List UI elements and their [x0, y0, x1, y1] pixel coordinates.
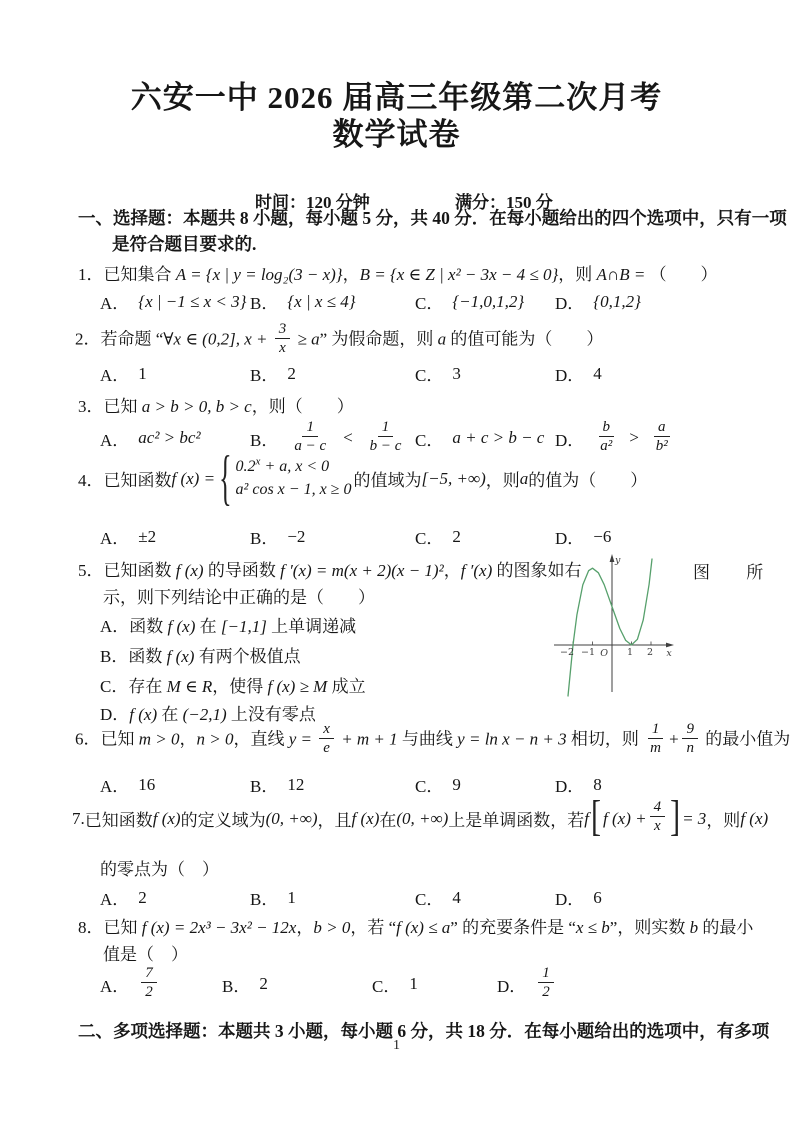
piecewise-function: {0.2x + a, x < 0a² cos x − 1, x ≥ 0: [217, 458, 351, 499]
q2-option-a: A．1: [100, 361, 250, 386]
tick-label-1: 1: [627, 647, 633, 658]
x-axis-arrow: [666, 643, 674, 648]
q7-option-d: D．6: [555, 885, 773, 910]
f-prime-curve: [568, 559, 652, 696]
question-2-options: A．1 B．2 C．3 D．4: [100, 361, 773, 386]
q4-option-a: A．±2: [100, 524, 250, 549]
question-7-options: A．2 B．1 C．4 D．6: [100, 885, 773, 910]
q7-option-c: C．4: [415, 885, 555, 910]
question-4-options: A．±2 B．−2 C．2 D．−6: [100, 524, 773, 549]
q7-number: 7.: [72, 809, 85, 829]
q6-option-a: A．16: [100, 772, 250, 797]
fraction: 1m: [646, 720, 665, 757]
q1-option-a: A．{x | −1 ≤ x < 3}: [100, 289, 250, 314]
q3-option-d: D．ba²>ab²: [555, 420, 773, 457]
question-3-options: A．ac² > bc² B．1a − c<1b − c C．a + c > b …: [100, 412, 773, 464]
question-4-stem: 4．已知函数 f (x) = {0.2x + a, x < 0a² cos x …: [78, 458, 647, 499]
question-5-stem-line2: 示，则下列结论中正确的是（ ）: [103, 583, 375, 608]
origin-label: O: [600, 648, 608, 659]
q4-option-d: D．−6: [555, 524, 773, 549]
question-7-stem-line2: 的零点为（ ）: [100, 855, 219, 880]
fraction: 72: [141, 964, 157, 1001]
question-1-stem: 1．已知集合 A = {x | y = log₂(3 − x)}，B = {x …: [78, 260, 718, 285]
q2-option-b: B．2: [250, 361, 415, 386]
tick-label-2: 2: [647, 647, 653, 658]
question-5-stem-line1: 5．已知函数 f (x) 的导函数 f ′(x) = m(x + 2)(x − …: [78, 556, 582, 581]
q8-option-d: D．12: [497, 966, 773, 1003]
question-1-options: A．{x | −1 ≤ x < 3} B．{x | x ≤ 4} C．{−1,0…: [100, 289, 773, 314]
q4-option-b: B．−2: [250, 524, 415, 549]
left-brace: {: [219, 443, 231, 514]
question-6-stem: 6．已知 m > 0，n > 0，直线 y = xe + m + 1 与曲线 y…: [75, 722, 793, 759]
tick-label-minus1: −1: [581, 647, 595, 658]
question-8-options: A．72 B．2 C．1 D．12: [100, 958, 773, 1010]
page-number: 1: [0, 1038, 793, 1054]
fraction: ba²: [596, 418, 616, 455]
exam-paper-page: 六安一中 2026 届高三年级第二次月考 数学试卷 时间：120 分钟 满分：1…: [0, 0, 793, 1122]
q8-option-b: B．2: [222, 972, 372, 997]
q2-option-d: D．4: [555, 361, 773, 386]
fraction: 3x: [275, 320, 291, 357]
question-7-stem-line1: 7.已知函数 f (x) 的定义域为 (0, +∞)，且 f (x) 在 (0,…: [72, 800, 768, 837]
tick-label-minus2: −2: [560, 647, 574, 658]
fraction: 1b − c: [366, 418, 406, 455]
q6-number: 6．: [75, 729, 101, 748]
section1-heading-line2: 是符合题目要求的.: [112, 231, 256, 256]
derivative-graph: −2 −1 O 1 2 x y: [548, 550, 680, 700]
q5-option-b: B．函数 f (x) 有两个极值点: [100, 642, 301, 667]
q8-option-a: A．72: [100, 966, 222, 1003]
q5-number: 5．: [78, 561, 104, 580]
left-bracket: [: [591, 795, 601, 839]
section1-heading-line1: 一、选择题：本题共 8 小题，每小题 5 分，共 40 分．在每小题给出的四个选…: [78, 205, 787, 230]
q5-option-a: A．函数 f (x) 在 [−1,1] 上单调递减: [100, 612, 356, 637]
right-bracket: ]: [670, 795, 680, 839]
q1-option-c: C．{−1,0,1,2}: [415, 289, 555, 314]
page-subtitle: 数学试卷: [0, 117, 793, 153]
fraction: 12: [538, 964, 554, 1001]
fraction: xe: [319, 720, 334, 757]
q8-option-c: C．1: [372, 972, 497, 997]
q7-option-a: A．2: [100, 885, 250, 910]
q7-option-b: B．1: [250, 885, 415, 910]
q3-option-c: C．a + c > b − c: [415, 426, 555, 451]
q2-number: 2．: [75, 329, 101, 348]
y-axis-arrow: [610, 554, 615, 562]
q6-option-c: C．9: [415, 772, 555, 797]
q1-number: 1．: [78, 265, 104, 284]
q4-number: 4．: [78, 466, 104, 491]
q2-option-c: C．3: [415, 361, 555, 386]
q5-option-c: C．存在 M ∈ R，使得 f (x) ≥ M 成立: [100, 672, 366, 697]
q5-stem-right-of-figure: 图 所: [693, 558, 779, 583]
q6-option-d: D．8: [555, 772, 773, 797]
question-2-stem: 2．若命题 “∀x ∈ (0,2], x + 3x ≥ a” 为假命题，则 a …: [75, 322, 603, 359]
fraction: 4x: [650, 798, 666, 835]
q6-option-b: B．12: [250, 772, 415, 797]
q4-option-c: C．2: [415, 524, 555, 549]
x-axis-label: x: [666, 648, 672, 659]
q8-number: 8．: [78, 918, 104, 937]
page-title: 六安一中 2026 届高三年级第二次月考: [0, 80, 793, 116]
q1-option-d: D．{0,1,2}: [555, 289, 773, 314]
question-8-stem-line1: 8．已知 f (x) = 2x³ − 3x² − 12x，b > 0，若 “f …: [78, 913, 753, 938]
q1-option-b: B．{x | x ≤ 4}: [250, 289, 415, 314]
y-axis-label: y: [614, 555, 621, 566]
q3-option-b: B．1a − c<1b − c: [250, 420, 415, 457]
fraction: 1a − c: [290, 418, 330, 455]
fraction: 9n: [682, 720, 698, 757]
fraction: ab²: [652, 418, 672, 455]
